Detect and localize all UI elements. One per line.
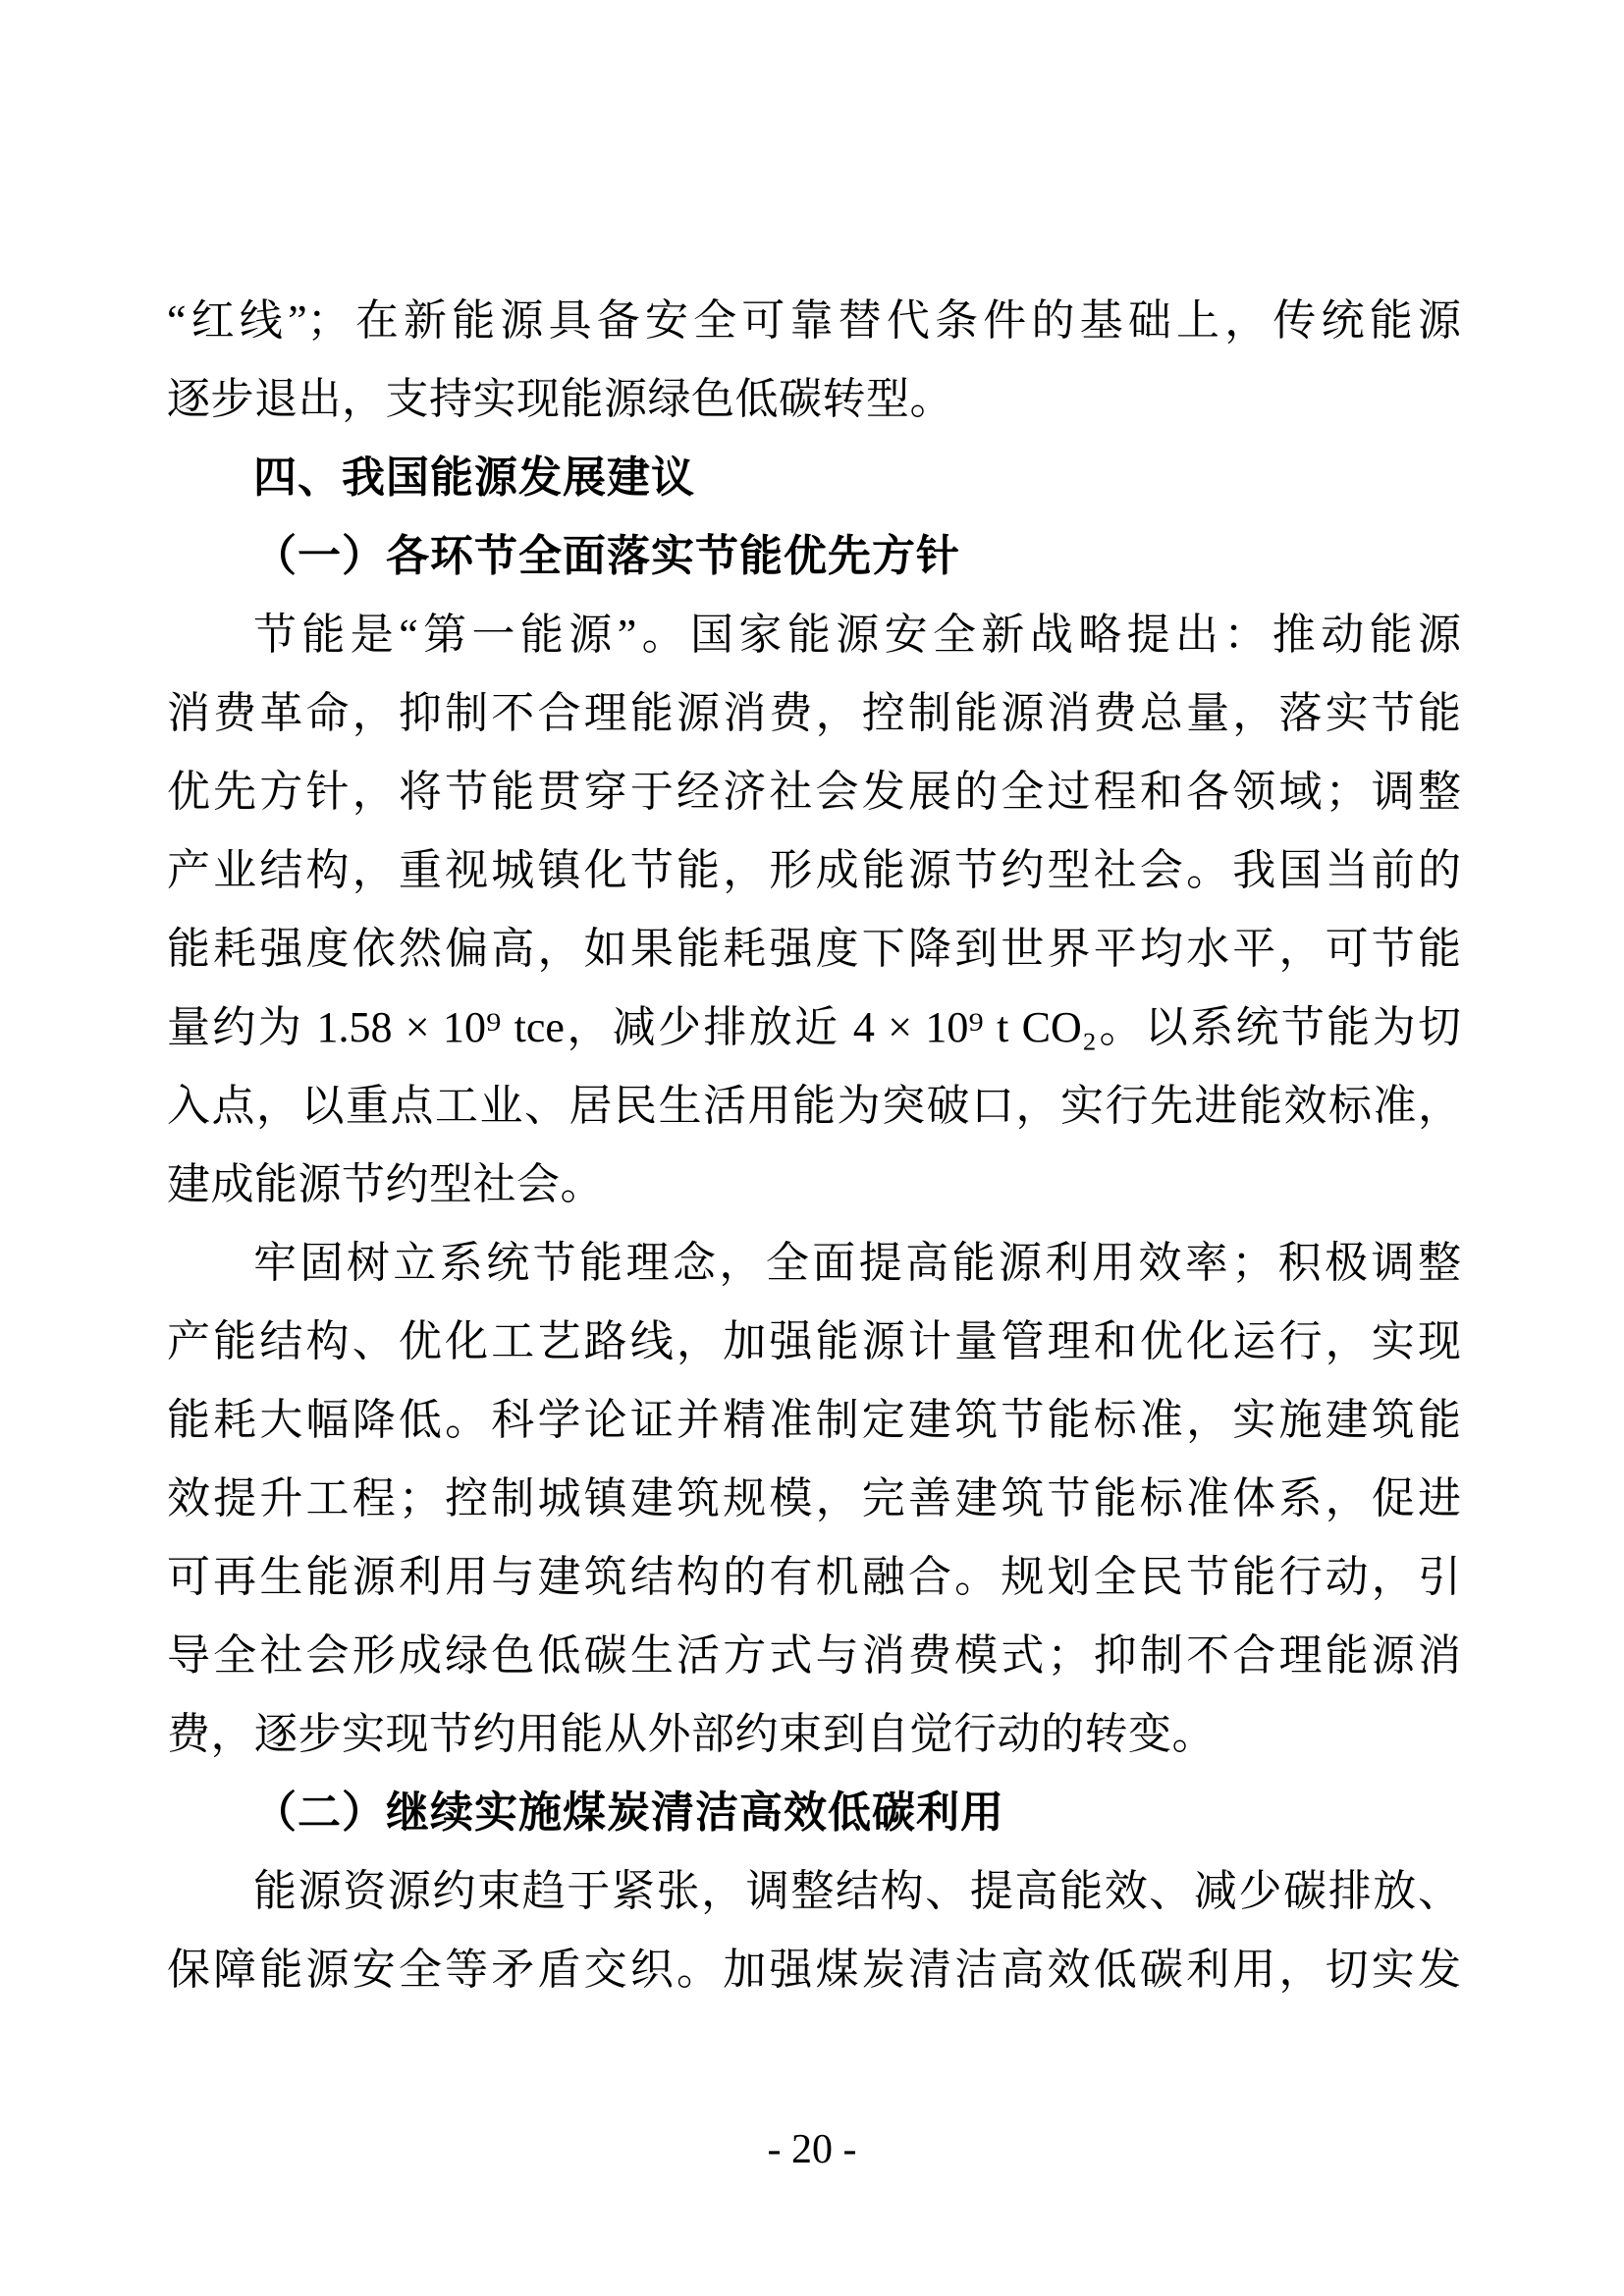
page-number: - 20 - <box>0 2120 1624 2179</box>
body-text-line: 能耗大幅降低。科学论证并精准制定建筑节能标准，实施建筑能 <box>167 1381 1461 1460</box>
text-content: “红线”；在新能源具备安全可靠替代条件的基础上，传统能源逐步退出，支持实现能源绿… <box>167 282 1461 2009</box>
body-text-line: 优先方针，将节能贯穿于经济社会发展的全过程和各领域；调整 <box>167 753 1461 831</box>
subsection-heading: （一）各环节全面落实节能优先方针 <box>167 517 1461 596</box>
body-text-line: 效提升工程；控制城镇建筑规模，完善建筑节能标准体系，促进 <box>167 1460 1461 1538</box>
body-text-line: 产业结构，重视城镇化节能，形成能源节约型社会。我国当前的 <box>167 831 1461 910</box>
body-text-line: 导全社会形成绿色低碳生活方式与消费模式；抑制不合理能源消 <box>167 1617 1461 1695</box>
body-text-line: 费，逐步实现节约用能从外部约束到自觉行动的转变。 <box>167 1695 1461 1774</box>
body-text-line: 可再生能源利用与建筑结构的有机融合。规划全民节能行动，引 <box>167 1538 1461 1617</box>
section-heading: 四、我国能源发展建议 <box>167 439 1461 517</box>
body-text-line: 量约为 1.58 × 10⁹ tce，减少排放近 4 × 10⁹ t CO₂。以… <box>167 988 1461 1067</box>
body-text-line: 建成能源节约型社会。 <box>167 1146 1461 1224</box>
body-text-line: 牢固树立系统节能理念，全面提高能源利用效率；积极调整 <box>167 1224 1461 1303</box>
body-text-line: 入点，以重点工业、居民生活用能为突破口，实行先进能效标准， <box>167 1067 1461 1146</box>
body-text-line: 产能结构、优化工艺路线，加强能源计量管理和优化运行，实现 <box>167 1303 1461 1381</box>
body-text-line: “红线”；在新能源具备安全可靠替代条件的基础上，传统能源 <box>167 282 1461 360</box>
body-text-line: 消费革命，抑制不合理能源消费，控制能源消费总量，落实节能 <box>167 674 1461 753</box>
body-text-line: 逐步退出，支持实现能源绿色低碳转型。 <box>167 360 1461 439</box>
body-text-line: 节能是“第一能源”。国家能源安全新战略提出：推动能源 <box>167 596 1461 674</box>
subsection-heading: （二）继续实施煤炭清洁高效低碳利用 <box>167 1774 1461 1852</box>
body-text-line: 保障能源安全等矛盾交织。加强煤炭清洁高效低碳利用，切实发 <box>167 1931 1461 2009</box>
body-text-line: 能耗强度依然偏高，如果能耗强度下降到世界平均水平，可节能 <box>167 910 1461 988</box>
document-page: { "page": { "background": "#ffffff", "te… <box>0 0 1624 2296</box>
body-text-line: 能源资源约束趋于紧张，调整结构、提高能效、减少碳排放、 <box>167 1852 1461 1931</box>
